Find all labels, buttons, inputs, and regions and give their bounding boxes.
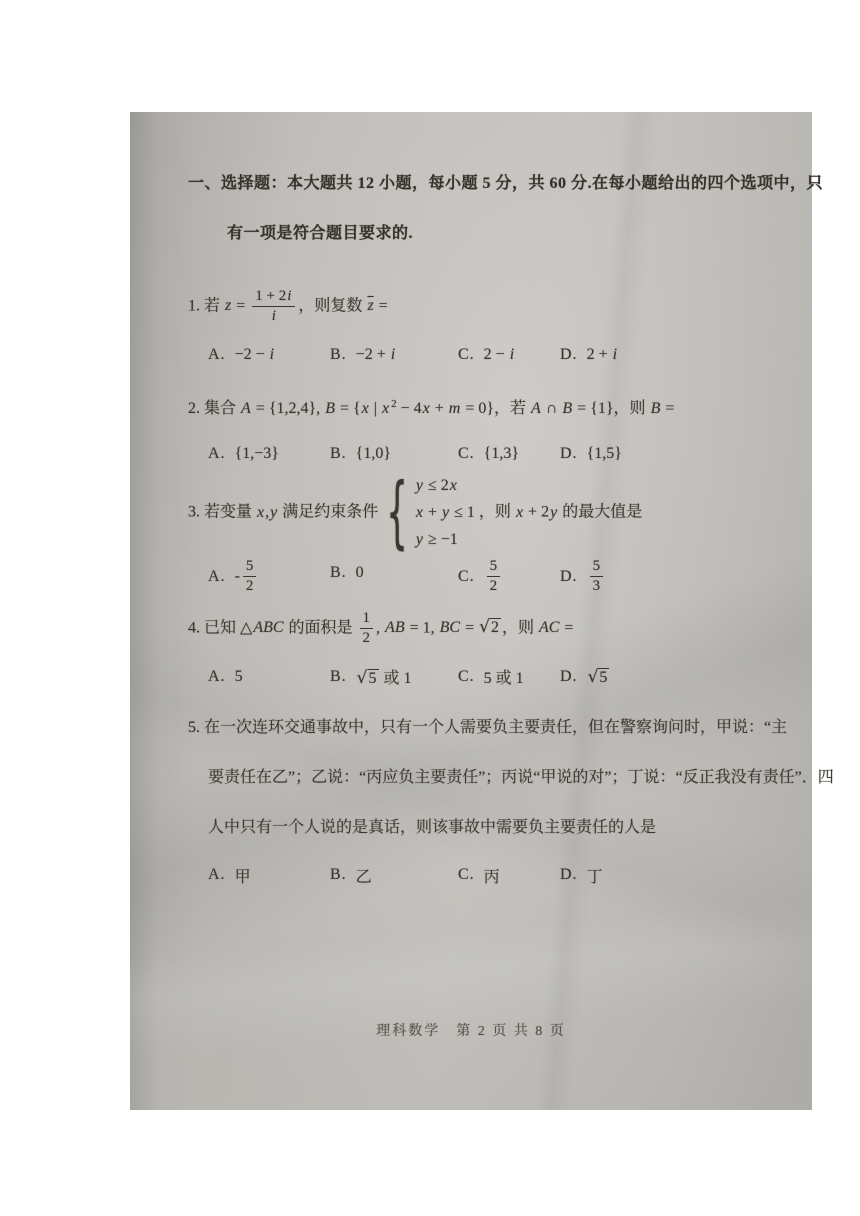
section-header: 一、选择题：本大题共 12 小题，每小题 5 分，共 60 分.在每小题给出的四… (188, 172, 786, 246)
option-label: B. (330, 866, 347, 884)
question-4-stem-line: 4. 已知 △ABC 的面积是 12, AB = 1, BC = √2，则 AC… (188, 610, 786, 648)
question-1-option-B: B.−2 + i (330, 340, 396, 370)
option-label: B. (330, 564, 347, 582)
question-3-option-D: D.53 (560, 558, 606, 596)
option-content: {1,−3} (235, 445, 279, 463)
option-content: −2 − i (235, 346, 276, 364)
option-content: √5 或 1 (356, 665, 412, 688)
question-3-stem-line: 3. 若变量 x,y 满足约束条件 {y ≤ 2xx + y ≤ 1y ≥ −1… (188, 474, 786, 552)
question-3-option-A: A.-52 (208, 558, 259, 596)
question-2-option-D: D.{1,5} (560, 439, 622, 469)
fraction: 52 (487, 558, 501, 596)
section-header-line2: 有一项是符合题目要求的. (188, 222, 786, 246)
option-label: C. (458, 568, 475, 586)
square-root: √5 (588, 669, 610, 686)
question-5-stem-line: 要责任在乙”；乙说：“丙应负主要责任”；丙说“甲说的对”；丁说：“反正我没有责任… (188, 766, 786, 790)
question-3-options: A.-52B.0C.52D.53 (188, 558, 786, 610)
question-4-options: A.5B.√5 或 1C.5 或 1D.√5 (188, 662, 786, 714)
question-1-option-C: C.2 − i (458, 340, 515, 370)
option-label: D. (560, 866, 578, 884)
question-4-option-C: C.5 或 1 (458, 662, 524, 692)
left-brace: { (386, 474, 408, 552)
question-5-stem-line: 5. 在一次连环交通事故中，只有一个人需要负主要责任，但在警察询问时，甲说：“主 (188, 716, 786, 740)
option-label: C. (458, 445, 475, 463)
option-label: A. (208, 346, 226, 364)
option-content: 0 (356, 564, 364, 582)
question-4-option-A: A.5 (208, 662, 243, 692)
photo-background: 一、选择题：本大题共 12 小题，每小题 5 分，共 60 分.在每小题给出的四… (0, 0, 860, 1216)
question-1-options: A.−2 − iB.−2 + iC.2 − iD.2 + i (188, 340, 786, 392)
option-content: −2 + i (356, 346, 397, 364)
option-content: {1,5} (587, 445, 622, 463)
option-label: A. (208, 445, 226, 463)
option-content: 丙 (484, 864, 500, 887)
option-content: 53 (587, 558, 607, 596)
question-3-option-C: C.52 (458, 558, 503, 596)
option-content: {1,3} (484, 445, 519, 463)
option-label: B. (330, 445, 347, 463)
section-header-line1: 一、选择题：本大题共 12 小题，每小题 5 分，共 60 分.在每小题给出的四… (188, 172, 786, 196)
option-content: 52 (484, 558, 504, 596)
option-content: 甲 (235, 864, 251, 887)
square-root: √5 (357, 670, 379, 687)
option-content: 2 + i (587, 346, 618, 364)
question-3-option-B: B.0 (330, 558, 364, 588)
question-5-stem-line: 人中只有一个人说的是真话，则该事故中需要负主要责任的人是 (188, 816, 786, 840)
exam-page: 一、选择题：本大题共 12 小题，每小题 5 分，共 60 分.在每小题给出的四… (130, 112, 812, 1110)
option-content: 5 (235, 668, 243, 686)
option-label: D. (560, 668, 578, 686)
option-content: 5 或 1 (484, 665, 524, 688)
option-content: 2 − i (484, 346, 515, 364)
question-2-stem-line: 2. 集合 A = {1,2,4}, B = {x | x2 − 4x + m … (188, 392, 786, 421)
question-4-option-D: D.√5 (560, 662, 610, 692)
question-1-stem-line: 1. 若 z = 1 + 2ii，则复数 z = (188, 288, 786, 326)
square-root: √2 (479, 619, 501, 636)
option-label: B. (330, 346, 347, 364)
option-label: D. (560, 568, 578, 586)
option-label: C. (458, 668, 475, 686)
option-label: D. (560, 445, 578, 463)
question-3: 3. 若变量 x,y 满足约束条件 {y ≤ 2xx + y ≤ 1y ≥ −1… (188, 474, 786, 610)
option-label: C. (458, 346, 475, 364)
question-2-option-B: B.{1,0} (330, 439, 391, 469)
question-2-option-C: C.{1,3} (458, 439, 519, 469)
question-1-option-A: A.−2 − i (208, 340, 275, 370)
question-5-option-C: C.丙 (458, 860, 500, 890)
question-1: 1. 若 z = 1 + 2ii，则复数 z =A.−2 − iB.−2 + i… (188, 288, 786, 392)
question-5-option-A: A.甲 (208, 860, 251, 890)
option-label: A. (208, 866, 226, 884)
option-label: C. (458, 866, 475, 884)
question-5-option-D: D.丁 (560, 860, 603, 890)
fraction: 12 (360, 610, 374, 648)
page-footer: 理科数学 第 2 页 共 8 页 (130, 1020, 812, 1040)
fraction: 52 (243, 558, 257, 596)
option-label: A. (208, 668, 226, 686)
conjugate-bar: z (366, 297, 374, 314)
option-content: √5 (587, 667, 611, 687)
question-4-option-B: B.√5 或 1 (330, 662, 412, 692)
fraction: 1 + 2ii (252, 288, 295, 326)
option-label: B. (330, 668, 347, 686)
option-label: A. (208, 568, 226, 586)
option-content: 丁 (587, 864, 603, 887)
question-4: 4. 已知 △ABC 的面积是 12, AB = 1, BC = √2，则 AC… (188, 610, 786, 714)
option-content: -52 (235, 558, 260, 596)
option-content: {1,0} (356, 445, 391, 463)
constraint-system: {y ≤ 2xx + y ≤ 1y ≥ −1 (386, 474, 475, 552)
option-label: D. (560, 346, 578, 364)
question-2-option-A: A.{1,−3} (208, 439, 279, 469)
question-5-options: A.甲B.乙C.丙D.丁 (188, 860, 786, 912)
question-1-option-D: D.2 + i (560, 340, 618, 370)
question-5: 5. 在一次连环交通事故中，只有一个人需要负主要责任，但在警察询问时，甲说：“主… (188, 716, 786, 912)
option-content: 乙 (356, 864, 372, 887)
question-5-option-B: B.乙 (330, 860, 372, 890)
fraction: 53 (590, 558, 604, 596)
